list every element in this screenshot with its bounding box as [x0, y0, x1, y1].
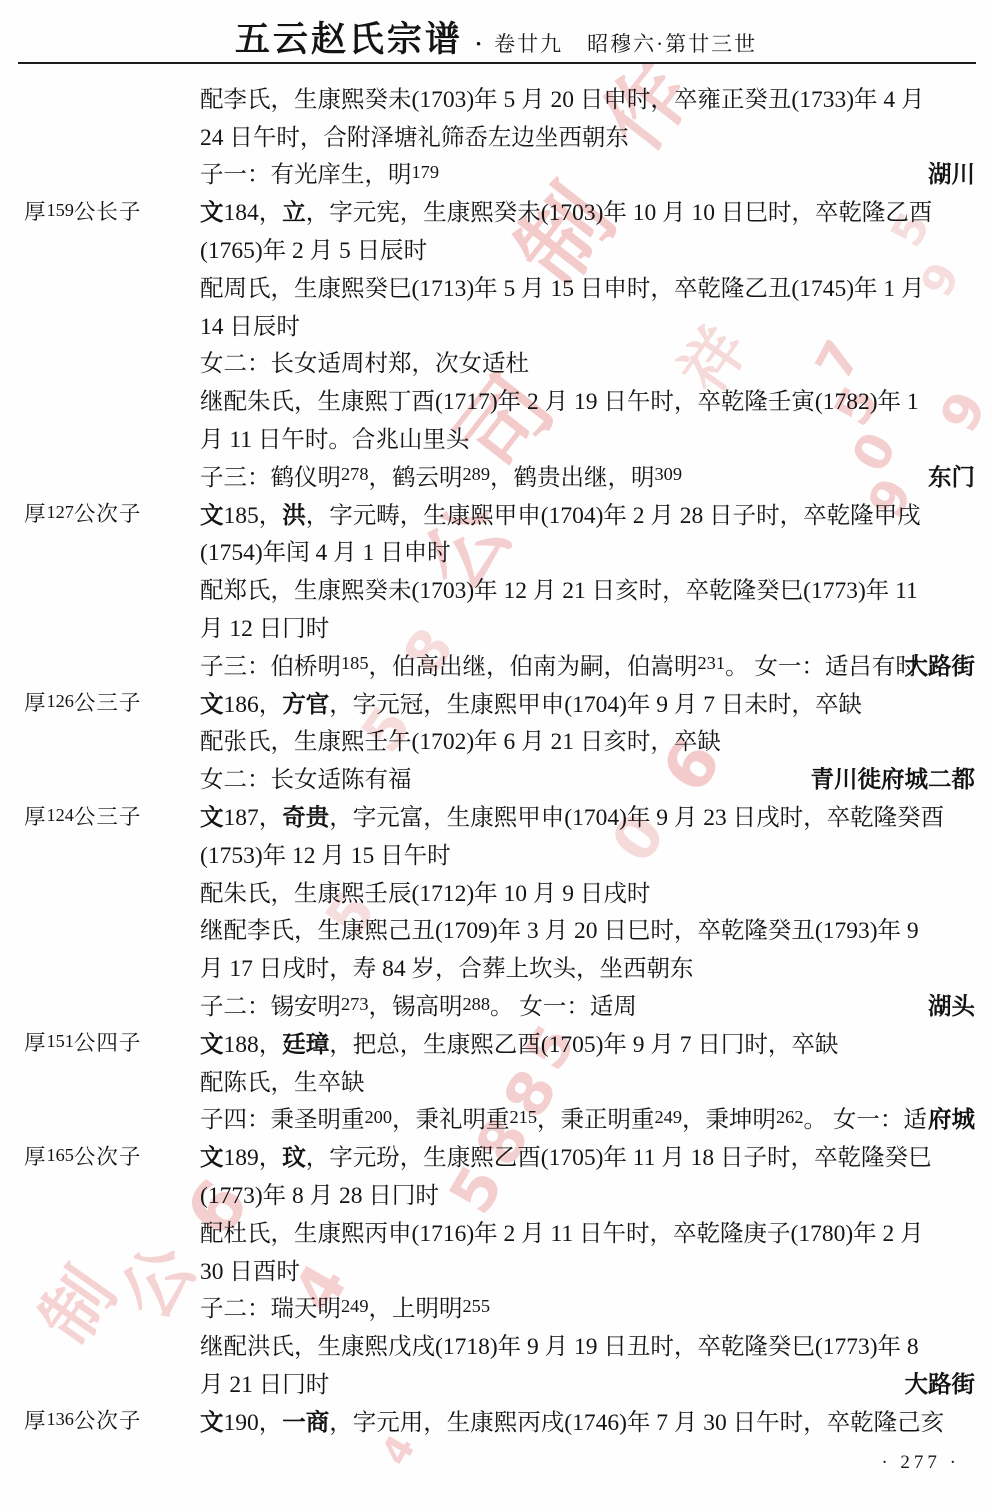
genealogy-line: 子二：瑞天明 249，上明明 255 [0, 1288, 992, 1326]
margin-label: 厚 126 公三子 [24, 683, 141, 721]
line-text: 子四：秉圣明重 200，秉礼明重 215，秉正明重 249，秉坤明 262。 女… [200, 1099, 882, 1137]
line-text: 24 日午时，合附泽塘礼筛岙左边坐西朝东 [200, 116, 882, 154]
genealogy-line: 24 日午时，合附泽塘礼筛岙左边坐西朝东 [0, 116, 992, 154]
line-text: 子一：有光庠生，明 179 [200, 154, 882, 192]
book-title: 五云赵氏宗谱 [235, 12, 463, 62]
line-text: 配李氏，生康熙癸未(1703)年 5 月 20 日申时，卒雍正癸丑(1733)年… [200, 78, 882, 116]
genealogy-line: 月 11 日午时。合兆山里头 [0, 418, 992, 456]
genealogy-line: (1753)年 12 月 15 日午时 [0, 834, 992, 872]
genealogy-line: 厚 124 公三子文 187，奇贵，字元富，生康熙甲申(1704)年 9 月 2… [0, 796, 992, 834]
genealogy-line: 厚 165 公次子文 189，玟，字元玢，生康熙乙酉(1705)年 11 月 1… [0, 1136, 992, 1174]
genealogy-line: (1773)年 8 月 28 日冂时 [0, 1174, 992, 1212]
margin-label: 厚 127 公次子 [24, 494, 141, 532]
line-text: 文 187，奇贵，字元富，生康熙甲申(1704)年 9 月 23 日戌时，卒乾隆… [200, 796, 882, 834]
page-header: 五云赵氏宗谱 · 卷廿九 昭穆六·第廿三世 [0, 12, 992, 62]
genealogy-line: 配周氏，生康熙癸巳(1713)年 5 月 15 日申时，卒乾隆乙丑(1745)年… [0, 267, 992, 305]
genealogy-line: 月 12 日冂时 [0, 607, 992, 645]
genealogy-line: 继配李氏，生康熙己丑(1709)年 3 月 20 日巳时，卒乾隆癸丑(1793)… [0, 910, 992, 948]
genealogy-line: 厚 151 公四子文 188，廷璋，把总，生康熙乙酉(1705)年 9 月 7 … [0, 1023, 992, 1061]
line-text: 月 12 日冂时 [200, 607, 882, 645]
genealogy-line: 月 21 日冂时大路街 [0, 1363, 992, 1401]
line-text: 配周氏，生康熙癸巳(1713)年 5 月 15 日申时，卒乾隆乙丑(1745)年… [200, 267, 882, 305]
genealogy-line: 厚 136 公次子文 190，一商，字元用，生康熙丙戌(1746)年 7 月 3… [0, 1401, 992, 1439]
genealogy-line: 配李氏，生康熙癸未(1703)年 5 月 20 日申时，卒雍正癸丑(1733)年… [0, 78, 992, 116]
line-text: (1773)年 8 月 28 日冂时 [200, 1174, 882, 1212]
genealogy-line: 配杜氏，生康熙丙申(1716)年 2 月 11 日午时，卒乾隆庚子(1780)年… [0, 1212, 992, 1250]
line-text: 文 189，玟，字元玢，生康熙乙酉(1705)年 11 月 18 日子时，卒乾隆… [200, 1136, 882, 1174]
genealogy-line: 配郑氏，生康熙癸未(1703)年 12 月 21 日亥时，卒乾隆癸巳(1773)… [0, 569, 992, 607]
line-text: 30 日酉时 [200, 1250, 882, 1288]
line-text: 配朱氏，生康熙壬辰(1712)年 10 月 9 日戌时 [200, 872, 882, 910]
genealogy-line: 继配洪氏，生康熙戊戌(1718)年 9 月 19 日丑时，卒乾隆癸巳(1773)… [0, 1325, 992, 1363]
genealogy-page: 作制祥7509599司公85605588546公制4 五云赵氏宗谱 · 卷廿九 … [0, 0, 992, 1512]
genealogy-line: (1754)年闰 4 月 1 日申时 [0, 532, 992, 570]
section-label: 昭穆六·第廿三世 [587, 28, 757, 58]
place-label: 湖头 [928, 985, 975, 1023]
line-text: 文 186，方官，字元冠，生康熙甲申(1704)年 9 月 7 日未时，卒缺 [200, 683, 882, 721]
page-body: 配李氏，生康熙癸未(1703)年 5 月 20 日申时，卒雍正癸丑(1733)年… [0, 78, 992, 1439]
place-label: 湖川 [928, 154, 975, 192]
line-text: (1753)年 12 月 15 日午时 [200, 834, 882, 872]
genealogy-line: 子四：秉圣明重 200，秉礼明重 215，秉正明重 249，秉坤明 262。 女… [0, 1099, 992, 1137]
line-text: 女二：长女适陈有福 [200, 758, 882, 796]
genealogy-line: 子一：有光庠生，明 179湖川 [0, 154, 992, 192]
line-text: 文 185，洪，字元畴，生康熙甲申(1704)年 2 月 28 日子时，卒乾隆甲… [200, 494, 882, 532]
line-text: 继配朱氏，生康熙丁酉(1717)年 2 月 19 日午时，卒乾隆壬寅(1782)… [200, 380, 882, 418]
genealogy-line: 子三：鹤仪明 278，鹤云明 289，鹤贵出继，明 309东门 [0, 456, 992, 494]
place-label: 府城 [928, 1099, 975, 1137]
line-text: 配张氏，生康熙壬午(1702)年 6 月 21 日亥时，卒缺 [200, 721, 882, 759]
margin-label: 厚 124 公三子 [24, 796, 141, 834]
place-label: 东门 [928, 456, 975, 494]
genealogy-line: 配张氏，生康熙壬午(1702)年 6 月 21 日亥时，卒缺 [0, 721, 992, 759]
line-text: 14 日辰时 [200, 305, 882, 343]
line-text: 月 21 日冂时 [200, 1363, 882, 1401]
line-text: 文 190，一商，字元用，生康熙丙戌(1746)年 7 月 30 日午时，卒乾隆… [200, 1401, 882, 1439]
margin-label: 厚 136 公次子 [24, 1401, 141, 1439]
genealogy-line: (1765)年 2 月 5 日辰时 [0, 229, 992, 267]
line-text: 月 11 日午时。合兆山里头 [200, 418, 882, 456]
header-divider [18, 62, 976, 64]
margin-label: 厚 165 公次子 [24, 1136, 141, 1174]
line-text: 继配洪氏，生康熙戊戌(1718)年 9 月 19 日丑时，卒乾隆癸巳(1773)… [200, 1325, 882, 1363]
line-text: (1765)年 2 月 5 日辰时 [200, 229, 882, 267]
place-label: 大路街 [905, 645, 976, 683]
margin-label: 厚 159 公长子 [24, 191, 141, 229]
genealogy-line: 配陈氏，生卒缺 [0, 1061, 992, 1099]
line-text: 子二：锡安明 273，锡高明 288。 女一：适周 [200, 985, 882, 1023]
genealogy-line: 厚 126 公三子文 186，方官，字元冠，生康熙甲申(1704)年 9 月 7… [0, 683, 992, 721]
line-text: 女二：长女适周村郑，次女适杜 [200, 343, 882, 381]
line-text: 配杜氏，生康熙丙申(1716)年 2 月 11 日午时，卒乾隆庚子(1780)年… [200, 1212, 882, 1250]
genealogy-line: 月 17 日戌时，寿 84 岁，合葬上坎头，坐西朝东 [0, 947, 992, 985]
place-label: 青川徙府城二都 [811, 758, 976, 796]
genealogy-line: 厚 127 公次子文 185，洪，字元畴，生康熙甲申(1704)年 2 月 28… [0, 494, 992, 532]
genealogy-line: 厚 159 公长子文 184，立，字元宪，生康熙癸未(1703)年 10 月 1… [0, 191, 992, 229]
line-text: 子二：瑞天明 249，上明明 255 [200, 1288, 882, 1326]
genealogy-line: 子二：锡安明 273，锡高明 288。 女一：适周湖头 [0, 985, 992, 1023]
line-text: 子三：伯桥明 185，伯高出继，伯南为嗣，伯嵩明 231。 女一：适吕有时 [200, 645, 882, 683]
genealogy-line: 配朱氏，生康熙壬辰(1712)年 10 月 9 日戌时 [0, 872, 992, 910]
line-text: 子三：鹤仪明 278，鹤云明 289，鹤贵出继，明 309 [200, 456, 882, 494]
line-text: 文 188，廷璋，把总，生康熙乙酉(1705)年 9 月 7 日冂时，卒缺 [200, 1023, 882, 1061]
line-text: (1754)年闰 4 月 1 日申时 [200, 532, 882, 570]
line-text: 配郑氏，生康熙癸未(1703)年 12 月 21 日亥时，卒乾隆癸巳(1773)… [200, 569, 882, 607]
genealogy-line: 继配朱氏，生康熙丁酉(1717)年 2 月 19 日午时，卒乾隆壬寅(1782)… [0, 380, 992, 418]
line-text: 配陈氏，生卒缺 [200, 1061, 882, 1099]
place-label: 大路街 [905, 1363, 976, 1401]
line-text: 继配李氏，生康熙己丑(1709)年 3 月 20 日巳时，卒乾隆癸丑(1793)… [200, 910, 882, 948]
page-number: · 277 · [881, 1452, 960, 1474]
line-text: 月 17 日戌时，寿 84 岁，合葬上坎头，坐西朝东 [200, 947, 882, 985]
genealogy-line: 14 日辰时 [0, 305, 992, 343]
genealogy-line: 30 日酉时 [0, 1250, 992, 1288]
line-text: 文 184，立，字元宪，生康熙癸未(1703)年 10 月 10 日巳时，卒乾隆… [200, 191, 882, 229]
genealogy-line: 女二：长女适周村郑，次女适杜 [0, 343, 992, 381]
title-separator-dot: · [475, 31, 482, 57]
margin-label: 厚 151 公四子 [24, 1023, 141, 1061]
genealogy-line: 女二：长女适陈有福青川徙府城二都 [0, 758, 992, 796]
genealogy-line: 子三：伯桥明 185，伯高出继，伯南为嗣，伯嵩明 231。 女一：适吕有时大路街 [0, 645, 992, 683]
volume-label: 卷廿九 [494, 28, 563, 58]
